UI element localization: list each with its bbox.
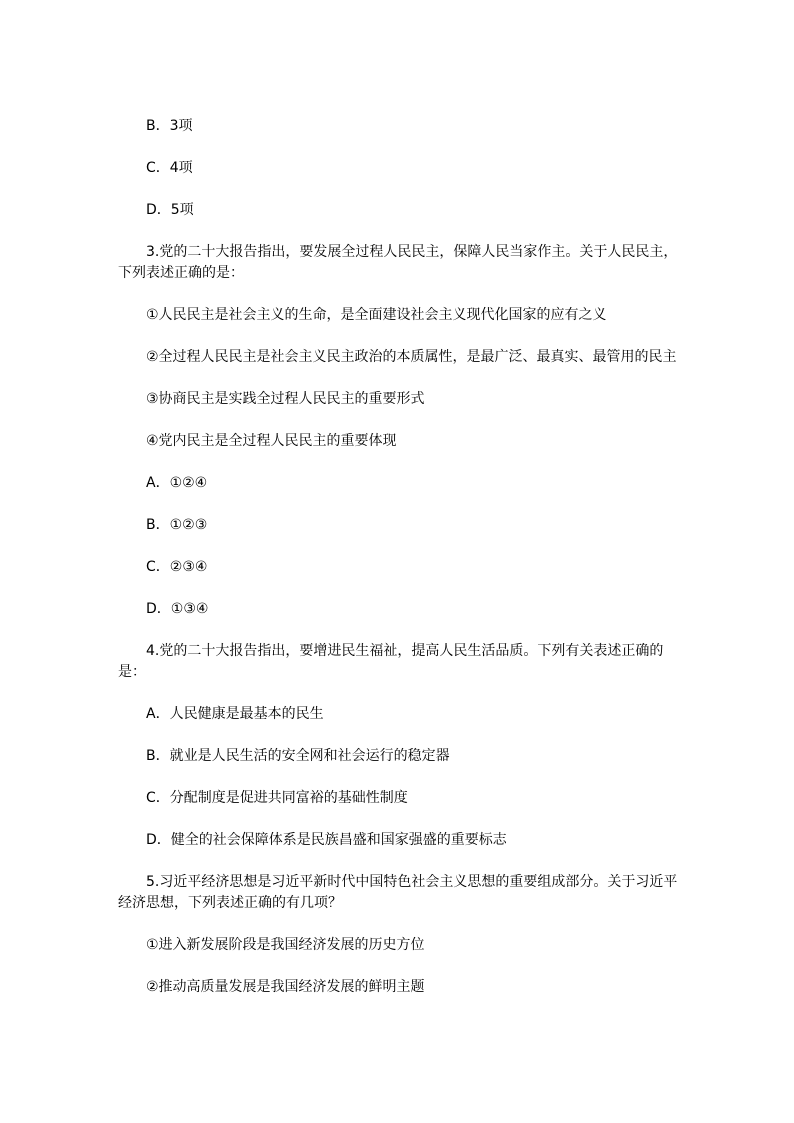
document-content: B．3项C．4项D．5项3.党的二十大报告指出，要发展全过程人民民主，保障人民当… [118, 116, 679, 998]
paragraph-q2-option-b: B．3项 [118, 116, 679, 137]
paragraph-q3-item-4: ④党内民主是全过程人民民主的重要体现 [118, 431, 679, 452]
paragraph-q5-item-2: ②推动高质量发展是我国经济发展的鲜明主题 [118, 977, 679, 998]
paragraph-q3-stem: 3.党的二十大报告指出，要发展全过程人民民主，保障人民当家作主。关于人民民主，下… [118, 242, 679, 284]
paragraph-q3-option-b: B．①②③ [118, 515, 679, 536]
paragraph-q3-item-2: ②全过程人民民主是社会主义民主政治的本质属性，是最广泛、最真实、最管用的民主 [118, 347, 679, 368]
paragraph-q4-option-b: B．就业是人民生活的安全网和社会运行的稳定器 [118, 746, 679, 767]
paragraph-q5-stem: 5.习近平经济思想是习近平新时代中国特色社会主义思想的重要组成部分。关于习近平经… [118, 872, 679, 914]
document-page: B．3项C．4项D．5项3.党的二十大报告指出，要发展全过程人民民主，保障人民当… [0, 0, 794, 1123]
paragraph-q3-item-3: ③协商民主是实践全过程人民民主的重要形式 [118, 389, 679, 410]
paragraph-q3-option-a: A．①②④ [118, 473, 679, 494]
paragraph-q3-item-1: ①人民民主是社会主义的生命，是全面建设社会主义现代化国家的应有之义 [118, 305, 679, 326]
paragraph-q5-item-1: ①进入新发展阶段是我国经济发展的历史方位 [118, 935, 679, 956]
paragraph-q4-option-c: C．分配制度是促进共同富裕的基础性制度 [118, 788, 679, 809]
paragraph-q2-option-d: D．5项 [118, 200, 679, 221]
paragraph-q4-stem: 4.党的二十大报告指出，要增进民生福祉，提高人民生活品质。下列有关表述正确的是： [118, 641, 679, 683]
paragraph-q3-option-d: D．①③④ [118, 599, 679, 620]
paragraph-q4-option-d: D．健全的社会保障体系是民族昌盛和国家强盛的重要标志 [118, 830, 679, 851]
paragraph-q3-option-c: C．②③④ [118, 557, 679, 578]
paragraph-q4-option-a: A．人民健康是最基本的民生 [118, 704, 679, 725]
paragraph-q2-option-c: C．4项 [118, 158, 679, 179]
